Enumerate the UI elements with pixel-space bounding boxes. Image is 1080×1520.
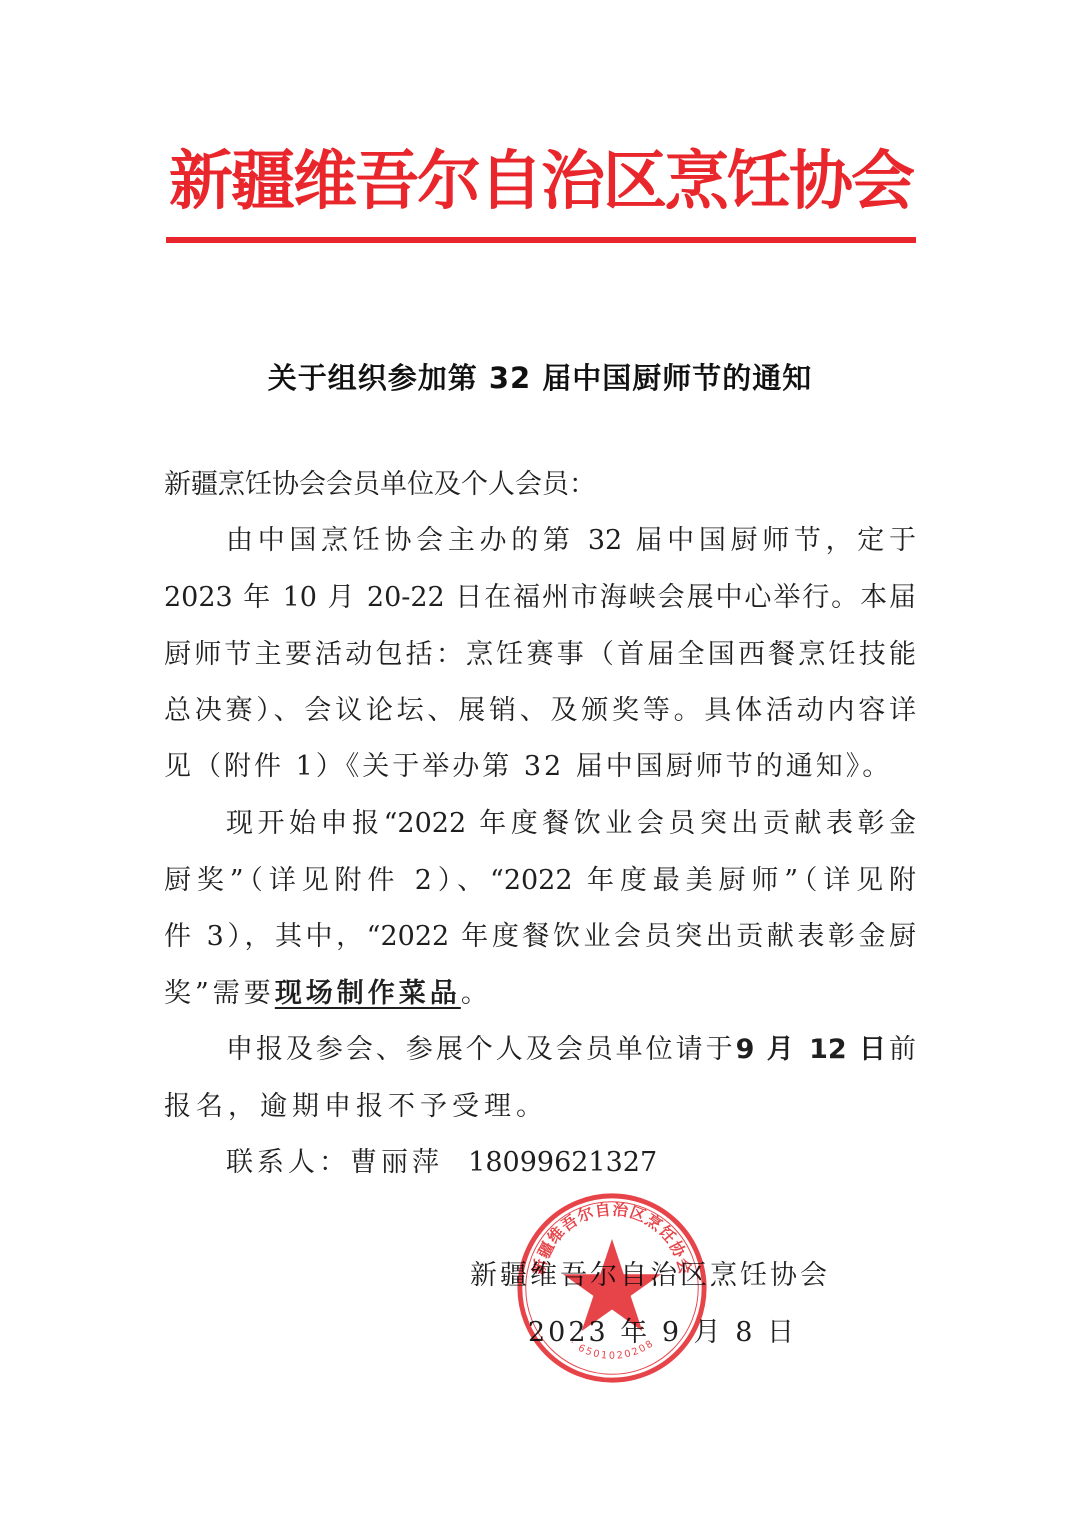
paragraph-line: 由中国烹饪协会主办的第 32 届中国厨师节，定于 [226,521,916,561]
paragraph-line: 申报及参会、参展个人及会员单位请于9 月 12 日前 [226,1030,916,1070]
paragraph-line: 件 3），其中，“2022 年度餐饮业会员突出贡献表彰金厨 [164,917,916,957]
text-segment: 奖”需要 [164,978,275,1009]
paragraph-line: 奖”需要现场制作菜品。 [164,974,916,1014]
paragraph-line: 2023 年 10 月 20-22 日在福州市海峡会展中心举行。本届 [164,578,916,618]
emphasis-text: 现场制作菜品 [275,978,461,1009]
document-title: 关于组织参加第 32 届中国厨师节的通知 [0,356,1080,397]
text-segment: 前 [889,1034,916,1065]
letterhead-divider [166,237,916,243]
paragraph-line: 见（附件 1）《关于举办第 32 届中国厨师节的通知》。 [164,747,916,787]
contact-name: 曹丽萍 [350,1147,443,1178]
paragraph-line: 现开始申报“2022 年度餐饮业会员突出贡献表彰金 [226,804,916,844]
text-segment: 。 [461,978,492,1009]
text-segment: 申报及参会、参展个人及会员单位请于 [226,1034,736,1065]
paragraph-line: 厨奖”（详见附件 2）、“2022 年度最美厨师”（详见附 [164,861,916,901]
paragraph-line: 报名，逾期申报不予受理。 [164,1087,916,1127]
letterhead-org-name: 新疆维吾尔自治区烹饪协会 [166,140,916,224]
official-seal-icon: 新疆维吾尔自治区烹饪协会 · 6501020208 [514,1190,710,1386]
contact-line: 联系人：曹丽萍 18099621327 [226,1143,916,1183]
svg-text:· 6501020208: · 6501020208 [567,1338,657,1362]
deadline-date: 9 月 12 日 [736,1034,889,1065]
contact-phone: 18099621327 [468,1147,657,1178]
paragraph-line: 总决赛）、会议论坛、展销、及颁奖等。具体活动内容详 [164,691,916,731]
paragraph-line: 厨师节主要活动包括：烹饪赛事（首届全国西餐烹饪技能 [164,635,916,675]
contact-label: 联系人： [226,1147,350,1178]
salutation: 新疆烹饪协会会员单位及个人会员： [164,465,916,505]
